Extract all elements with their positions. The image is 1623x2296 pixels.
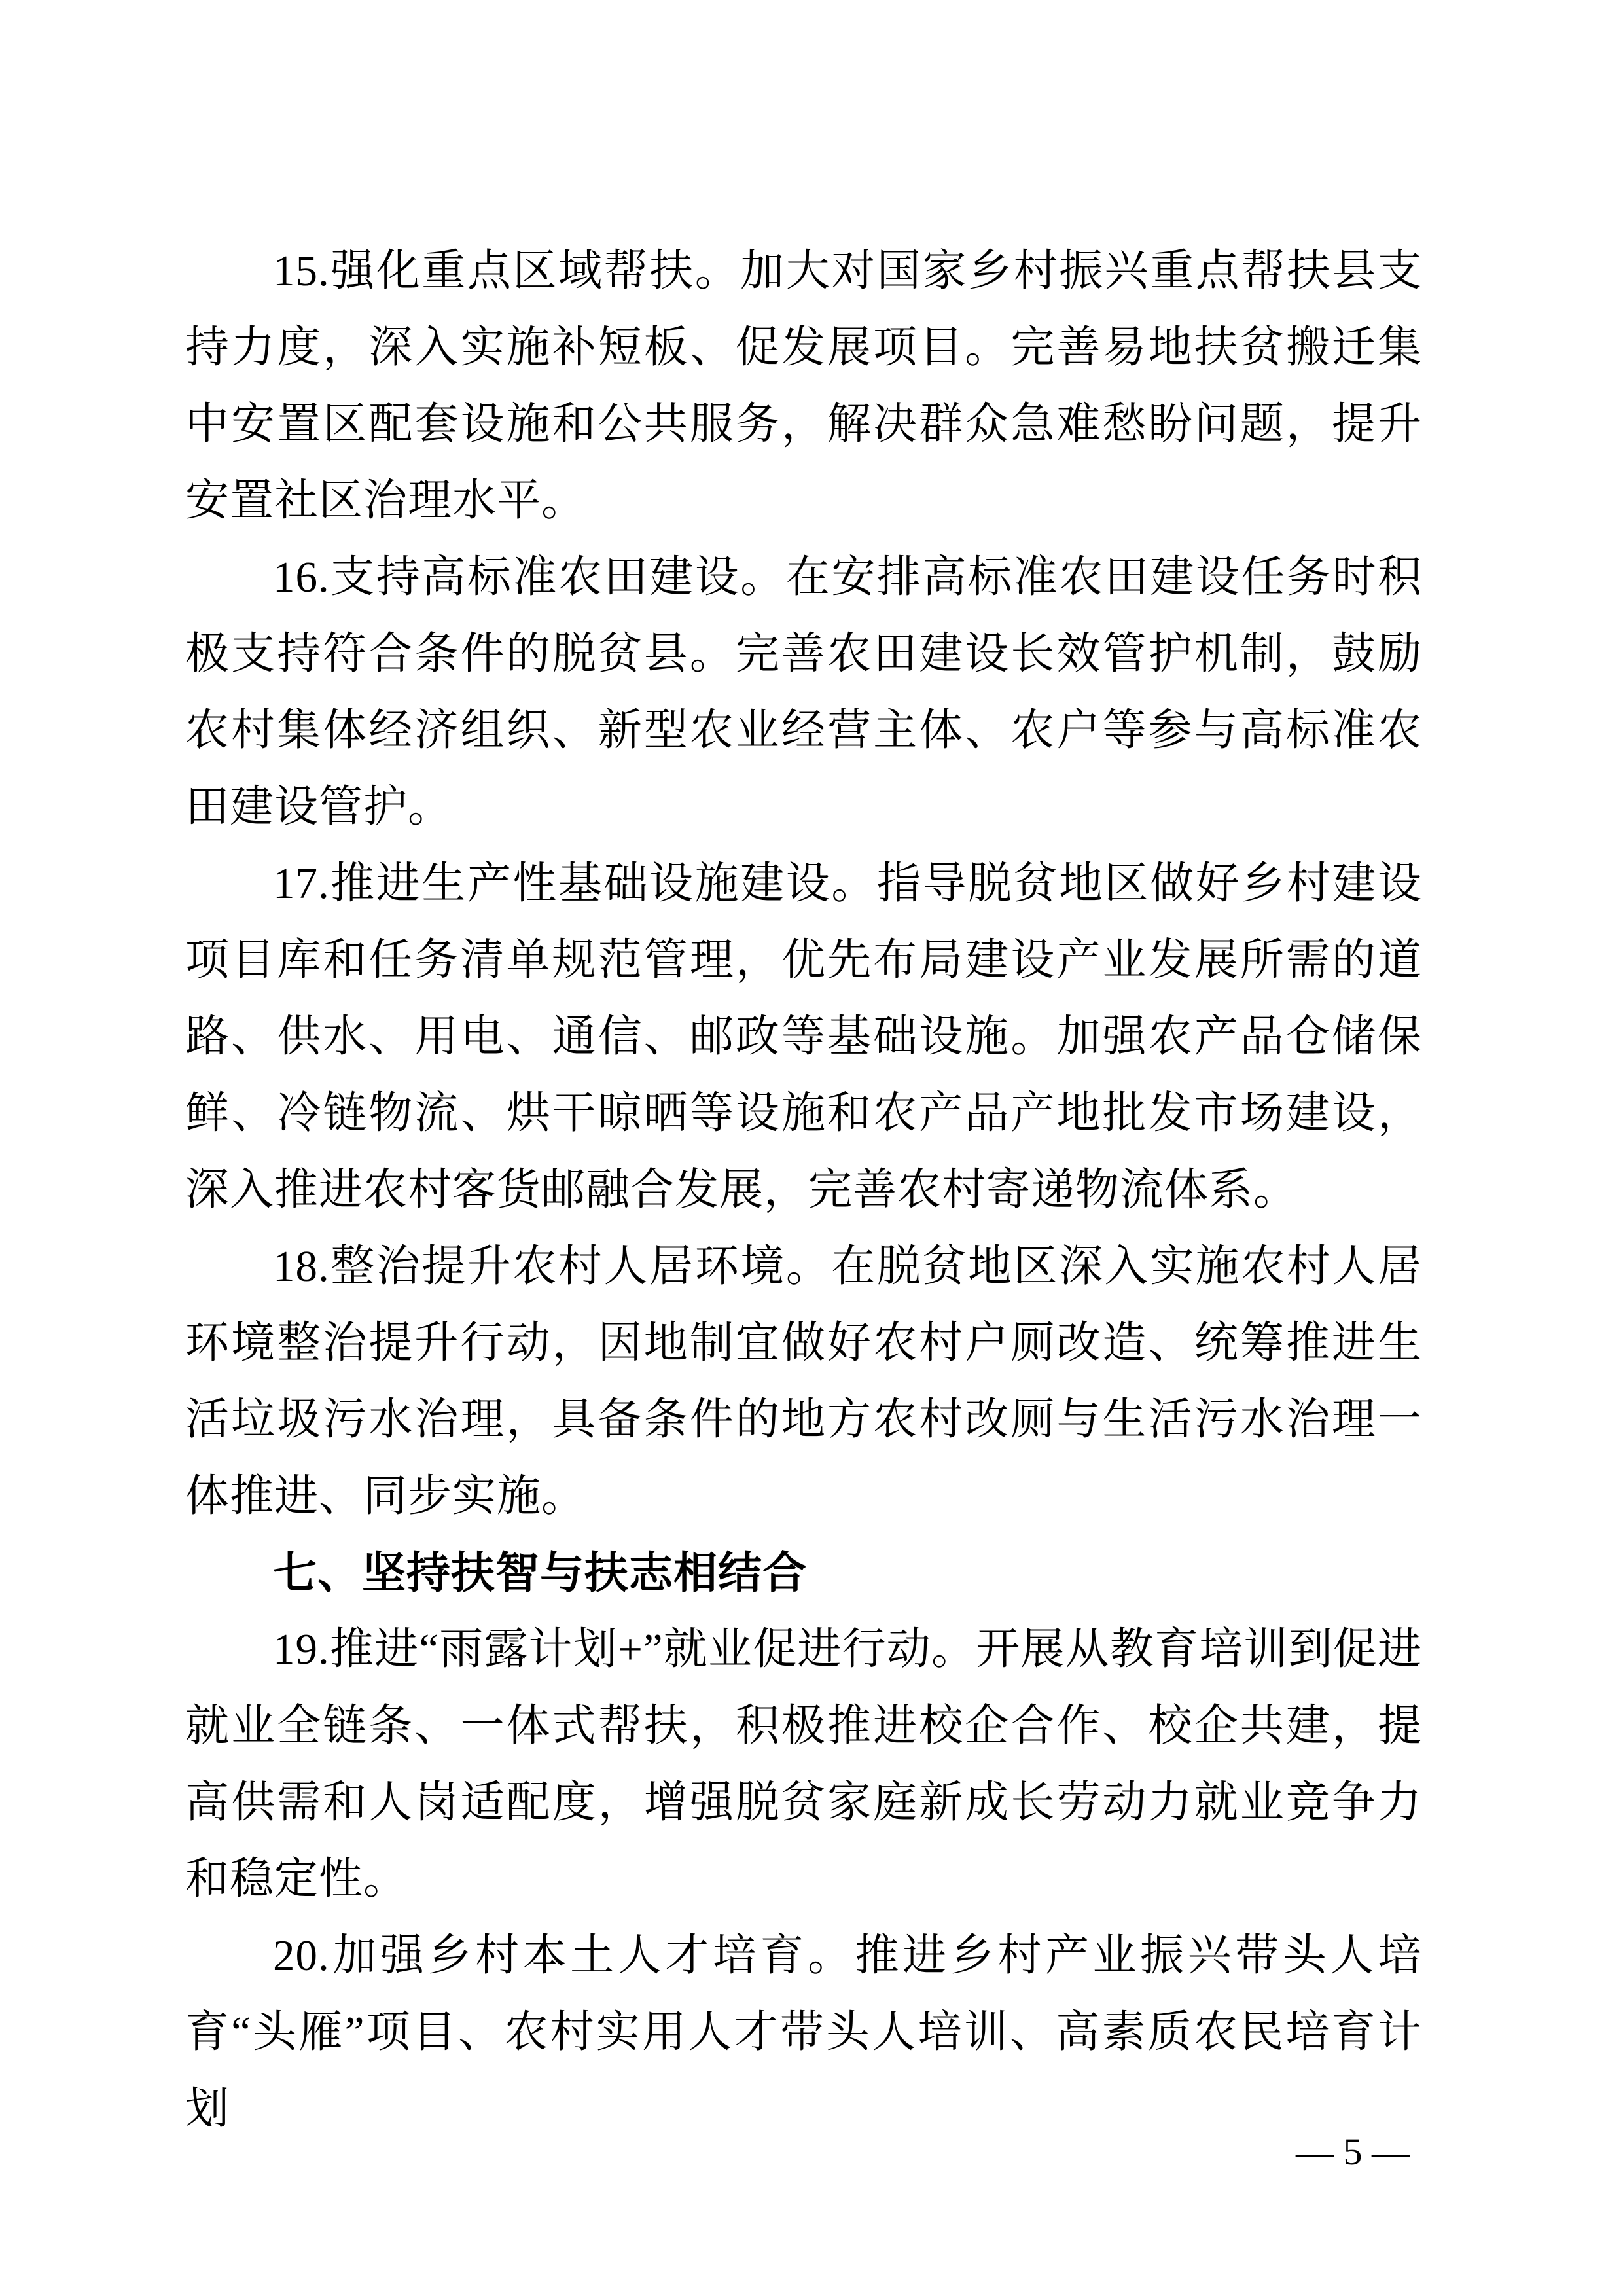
- paragraph-16: 16.支持高标准农田建设。在安排高标准农田建设任务时积极支持符合条件的脱贫县。完…: [185, 539, 1422, 846]
- section-heading-7: 七、坚持扶智与扶志相结合: [185, 1535, 1422, 1611]
- paragraph-15: 15.强化重点区域帮扶。加大对国家乡村振兴重点帮扶县支持力度，深入实施补短板、促…: [185, 233, 1422, 539]
- paragraph-19: 19.推进“雨露计划+”就业促进行动。开展从教育培训到促进就业全链条、一体式帮扶…: [185, 1611, 1422, 1918]
- paragraph-17: 17.推进生产性基础设施建设。指导脱贫地区做好乡村建设项目库和任务清单规范管理，…: [185, 846, 1422, 1229]
- document-page: 15.强化重点区域帮扶。加大对国家乡村振兴重点帮扶县支持力度，深入实施补短板、促…: [0, 0, 1623, 2296]
- paragraph-20: 20.加强乡村本土人才培育。推进乡村产业振兴带头人培育“头雁”项目、农村实用人才…: [185, 1918, 1422, 2147]
- paragraph-18: 18.整治提升农村人居环境。在脱贫地区深入实施农村人居环境整治提升行动，因地制宜…: [185, 1229, 1422, 1535]
- document-body: 15.强化重点区域帮扶。加大对国家乡村振兴重点帮扶县支持力度，深入实施补短板、促…: [185, 233, 1422, 2147]
- page-number: — 5 —: [1277, 2128, 1428, 2176]
